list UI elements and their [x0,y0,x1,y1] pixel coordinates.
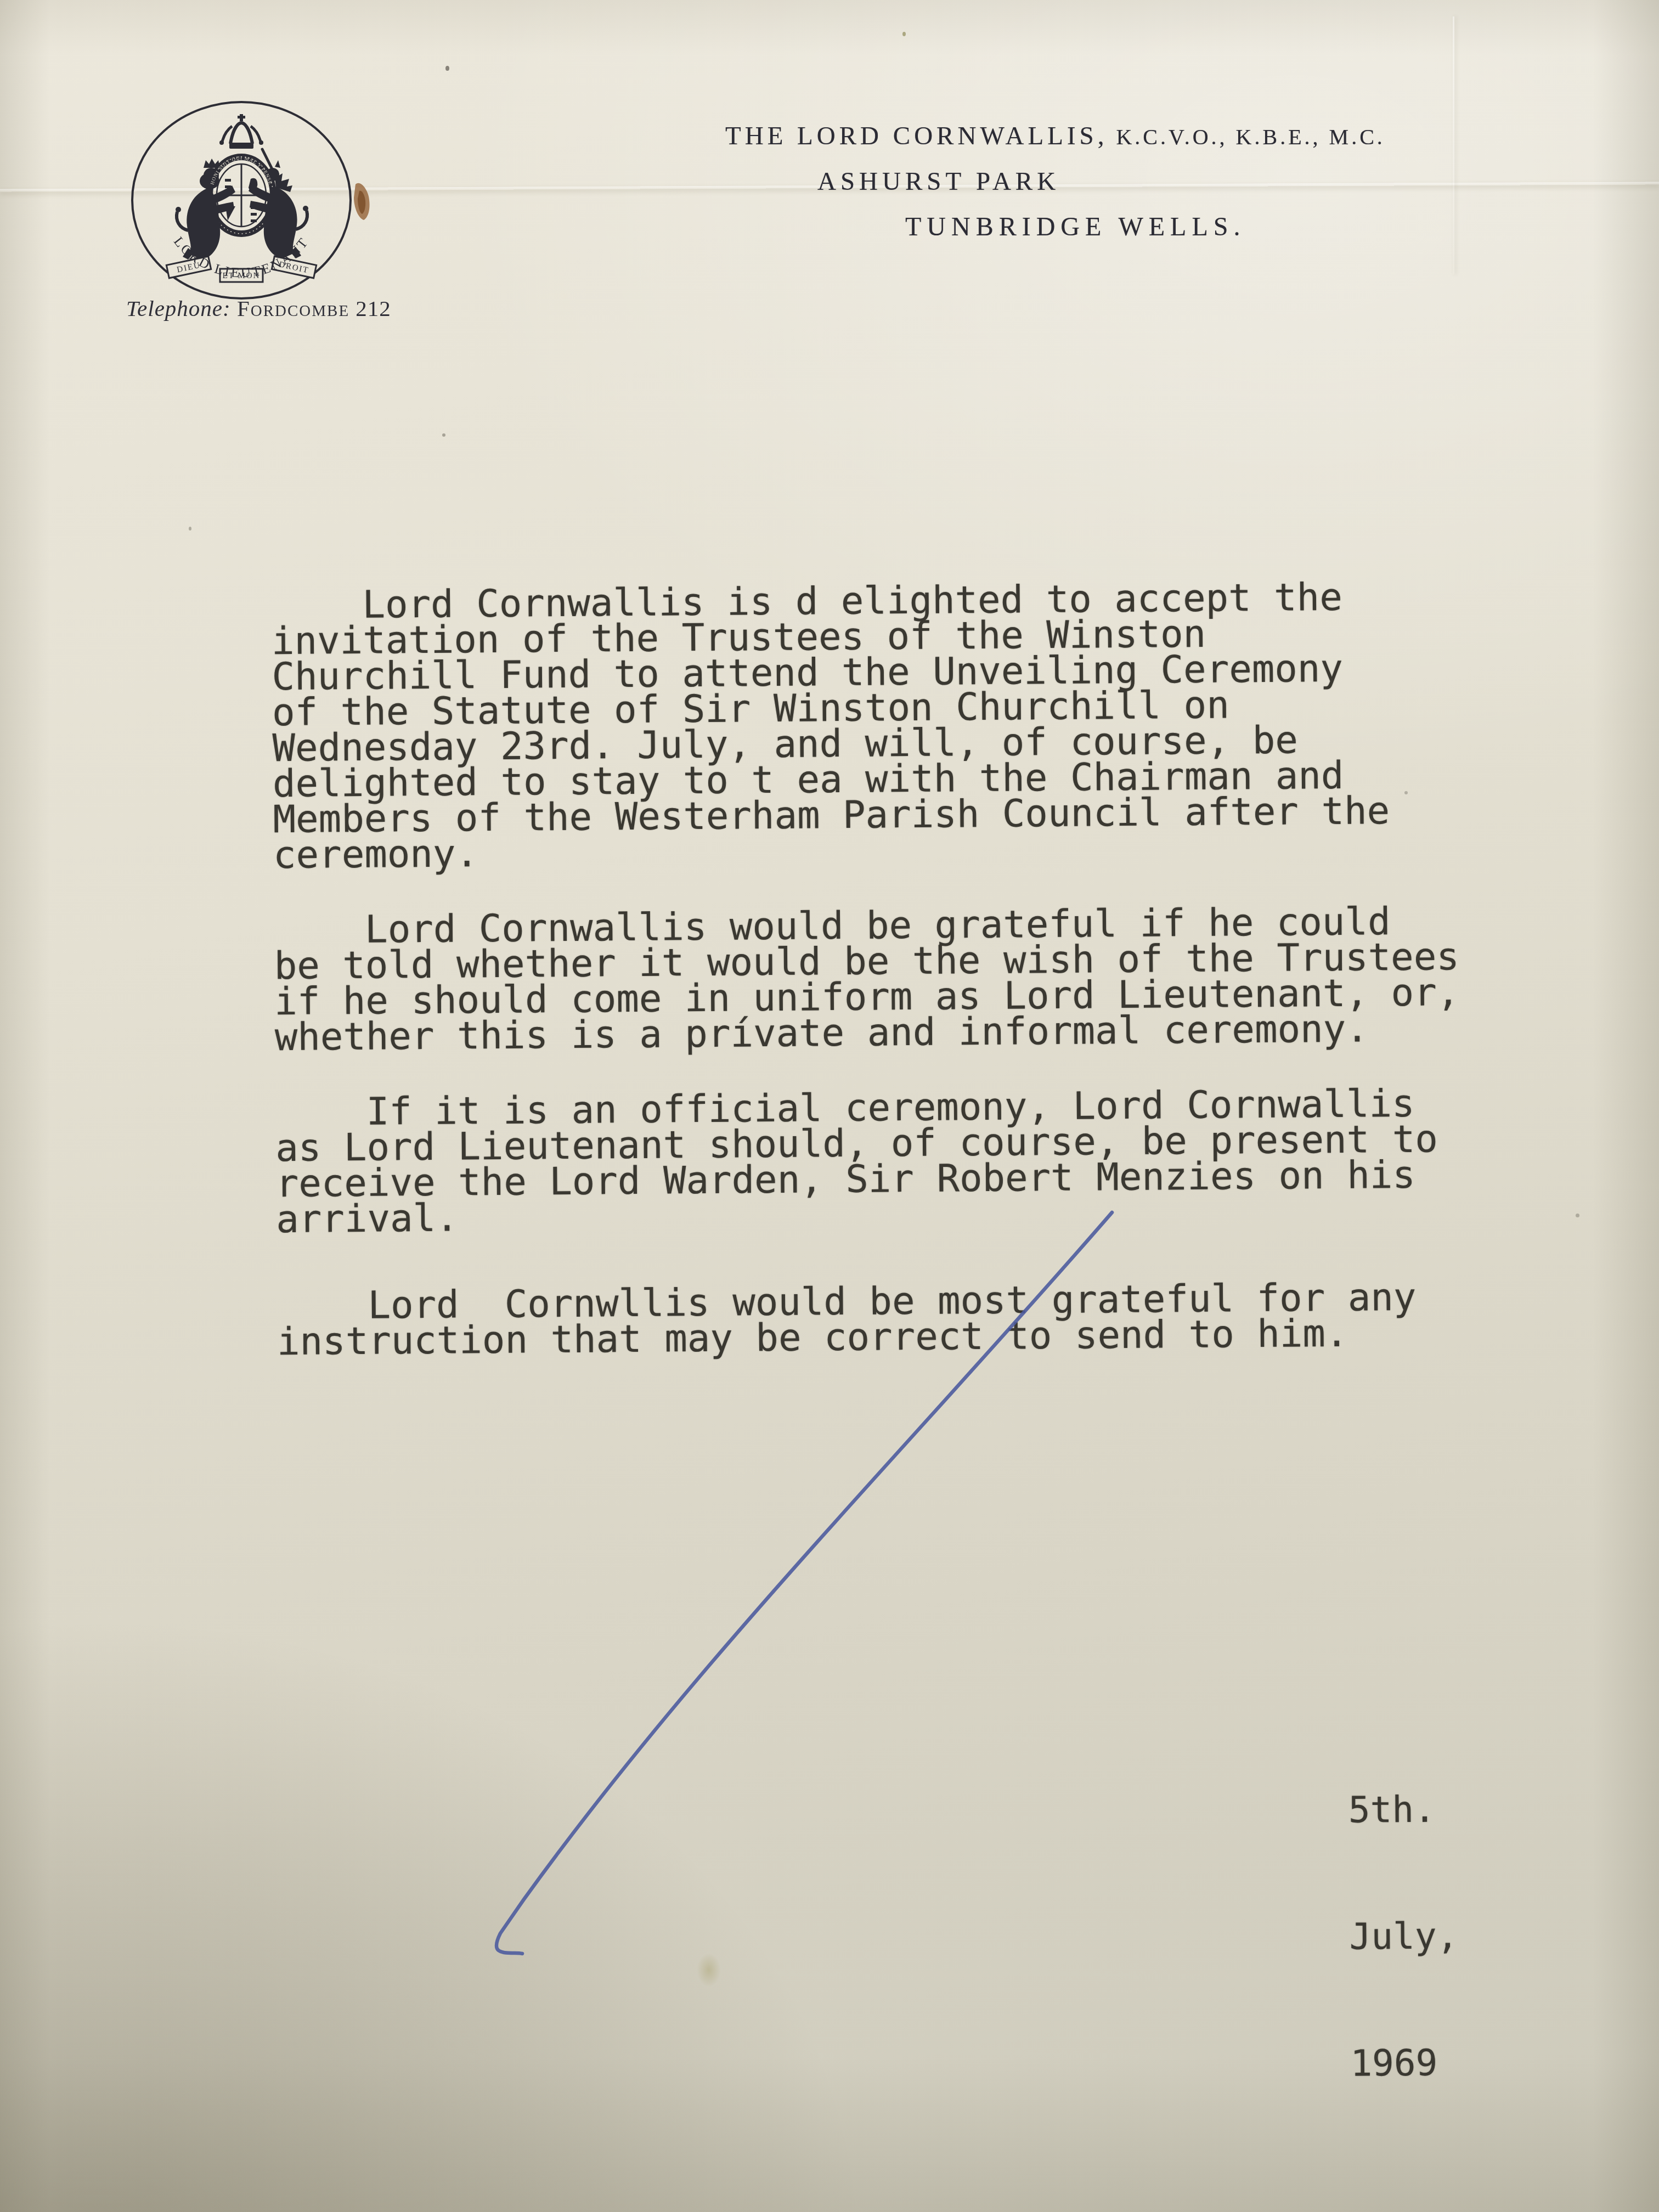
letter-line: Members of the Westerham Parish Council … [273,793,1390,838]
letter-photo: DIEU DROIT ET MON HONI SOIT QUI MAL Y PE… [0,0,1659,2212]
paragraph-4: Lord Cornwllis would be most grateful fo… [276,1280,1417,1360]
letter-line: instruction that may be correct to send … [277,1316,1417,1360]
paragraph-2: Lord Cornwallis would be grateful if he … [274,904,1460,1056]
date-line: July, [1349,1915,1480,1958]
date-block: 5th. July, 1969 [1347,1703,1482,2169]
paragraph-1: Lord Cornwallis is d elighted to accept … [271,579,1390,873]
date-line: 5th. [1348,1788,1480,1831]
paragraph-3: If it is an official ceremony, Lord Corn… [275,1086,1439,1238]
date-line: 1969 [1350,2041,1481,2085]
letter-line: whether this is a prívate and informal c… [274,1011,1460,1056]
typed-content: Lord Cornwallis is d elighted to accept … [0,0,1659,2212]
letter-line: receive the Lord Warden, Sir Robert Menz… [276,1158,1438,1203]
